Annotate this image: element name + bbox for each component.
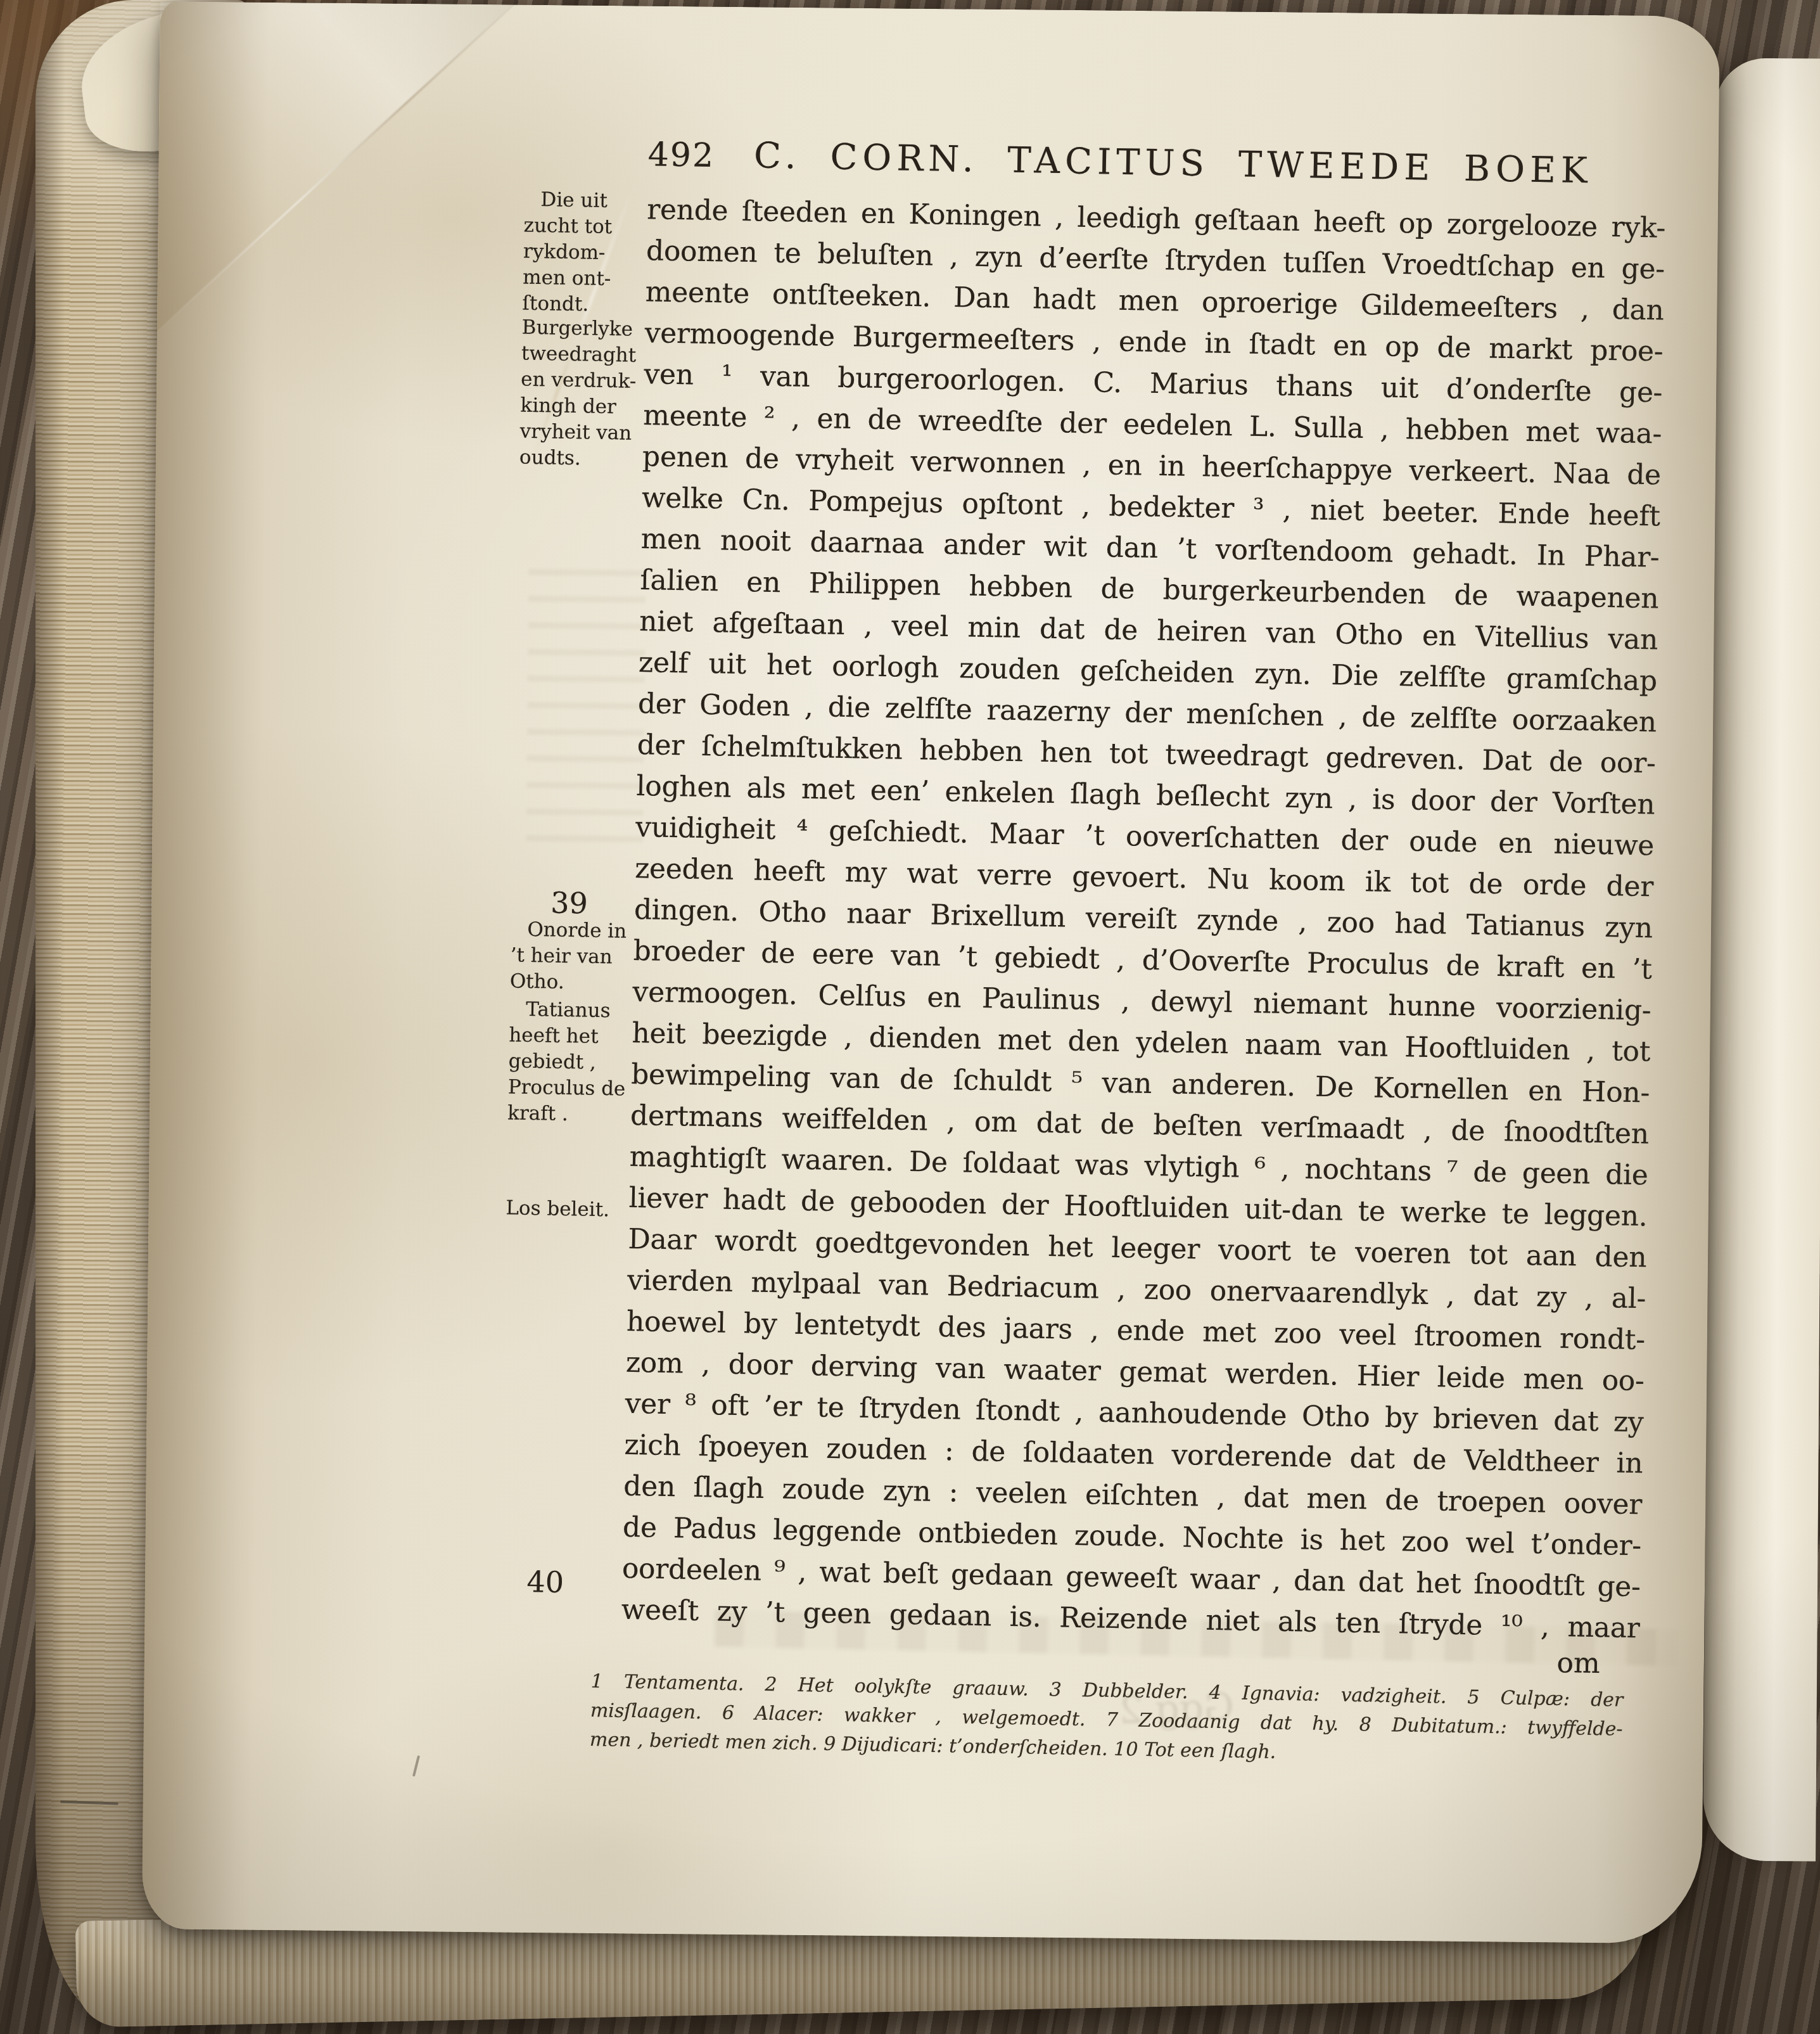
margin-note-line: kraft . [507,1100,641,1129]
margin-note-1: Die uitzucht totrykdom-men ont-ſtondt. [522,187,658,319]
margin-note-4: Tatianusheeft hetgebiedt ,Proculus dekra… [507,996,643,1129]
section-number-39: 39 [550,886,589,921]
main-text-block: rende ſteeden en Koningen , leedigh geſt… [621,189,1665,1649]
margin-note-2: Burgerlyketweedraghten verdruk-kingh der… [519,315,655,473]
margin-note-line: en verdruk- [521,367,654,395]
book-page: 492 C. CORN. TACITUS TWEEDE BOEK Die uit… [142,1,1720,1943]
margin-note-line: ’t heir van [510,942,644,971]
margin-note-line: rykdom- [523,239,657,267]
margin-note-5: Los beleit. [506,1195,639,1224]
photo-of-open-book: 492 C. CORN. TACITUS TWEEDE BOEK Die uit… [0,0,1820,2034]
printed-content: 492 C. CORN. TACITUS TWEEDE BOEK Die uit… [127,0,1721,1954]
section-number-40: 40 [526,1564,564,1599]
margin-note-line: Otho. [510,968,644,997]
margin-note-line: Die uit [524,187,658,215]
margin-note-line: zucht tot [523,213,657,241]
facing-page-edge-right [1703,58,1820,1861]
running-title: C. CORN. TACITUS TWEEDE BOEK [753,135,1593,191]
margin-note-3: Onorde in’t heir vanOtho. [510,916,644,997]
signature-showthrough: Ggg 2 [1118,1685,1235,1733]
margin-note-line: tweedraght [521,341,655,369]
running-header: 492 C. CORN. TACITUS TWEEDE BOEK [647,133,1687,193]
margin-note-line: oudts. [519,445,653,473]
footnotes-block: 1 Tentamenta. 2 Het oolykſte graauw. 3 D… [590,1667,1624,1774]
catchword: om [1556,1647,1600,1680]
margin-note-line: Los beleit. [506,1195,639,1224]
margin-note-line: men ont- [523,265,656,293]
margin-note-line: kingh der [520,393,654,421]
margin-note-line: Onorde in [511,916,644,945]
margin-note-line: Burgerlyke [521,315,655,343]
page-number: 492 [647,136,715,175]
margin-note-line: Tatianus [509,996,643,1025]
margin-note-line: Proculus de [507,1074,641,1103]
margin-note-line: heeft het [509,1022,642,1051]
margin-note-line: gebiedt , [508,1048,642,1077]
margin-note-line: vryheit van [519,419,653,447]
